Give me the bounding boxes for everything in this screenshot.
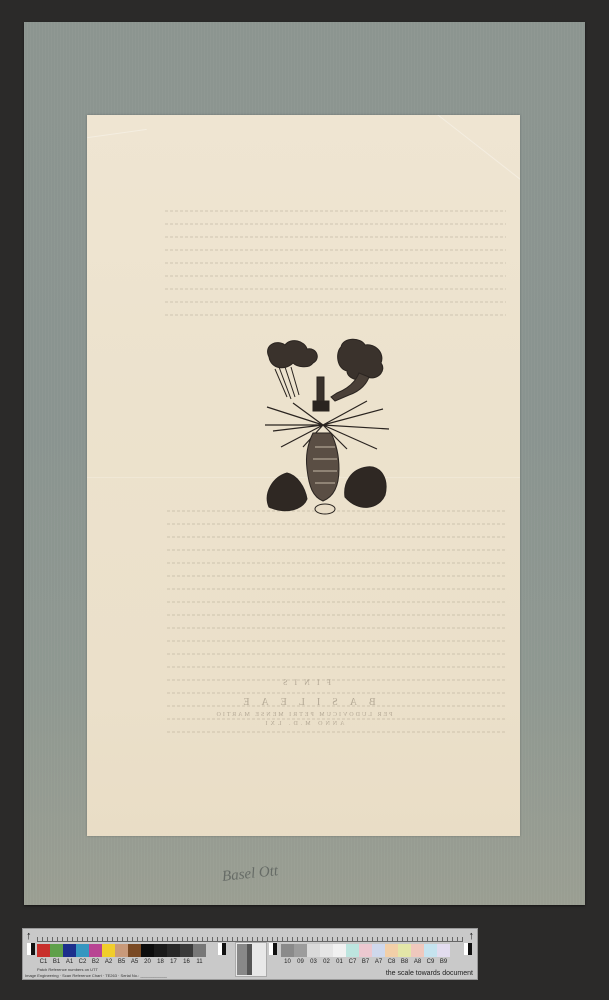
color-patch-02 [320, 944, 333, 957]
patch-label: 11 [193, 959, 206, 965]
color-patch-b5 [115, 944, 128, 957]
chart-footer-right: the scale towards document [386, 970, 473, 977]
patch-label: B9 [437, 959, 450, 965]
color-patch-16 [180, 944, 193, 957]
color-patch-17 [167, 944, 180, 957]
patch-label: A2 [102, 959, 115, 965]
woodcut-printers-device [263, 337, 391, 523]
patch-label: 02 [320, 959, 333, 965]
color-patch-a2 [102, 944, 115, 957]
show-through-text-block-bottom [167, 510, 506, 744]
grey-step-strip [235, 942, 267, 977]
patch-label: B7 [359, 959, 372, 965]
patch-label: 10 [281, 959, 294, 965]
color-patch-a1 [63, 944, 76, 957]
patch-label: A7 [372, 959, 385, 965]
color-patch-a5 [128, 944, 141, 957]
show-through-printer: PER LUDOVICUM PETRI MENSE MARTIO [87, 712, 520, 718]
color-patch-a7 [372, 944, 385, 957]
patch-label: A1 [63, 959, 76, 965]
color-reference-chart: ↑ ↑ C1B1A1C2B2A2B5A52018171611 100903020… [22, 928, 478, 980]
patch-labels-left: C1B1A1C2B2A2B5A52018171611 [37, 959, 206, 965]
patch-label: 09 [294, 959, 307, 965]
color-patch-09 [294, 944, 307, 957]
patch-label: C1 [37, 959, 50, 965]
printed-leaf: FINIS BASILEAE PER LUDOVICUM PETRI MENSE… [87, 115, 520, 836]
inch-scale [37, 932, 463, 942]
patch-label: C7 [346, 959, 359, 965]
paper-crease [429, 115, 520, 183]
patch-label: 20 [141, 959, 154, 965]
color-patch-b2 [89, 944, 102, 957]
patch-label: B5 [115, 959, 128, 965]
color-patch-18 [154, 944, 167, 957]
patch-label: C2 [76, 959, 89, 965]
patch-label: 03 [307, 959, 320, 965]
color-patch-03 [307, 944, 320, 957]
patch-label: 18 [154, 959, 167, 965]
show-through-place: BASILEAE [87, 697, 520, 708]
patch-label: B1 [50, 959, 63, 965]
color-patch-11 [193, 944, 206, 957]
color-patch-01 [333, 944, 346, 957]
color-patch-c7 [346, 944, 359, 957]
patch-label: A5 [128, 959, 141, 965]
checker-target-icon [218, 943, 226, 955]
checker-target-icon [464, 943, 472, 955]
paper-crease [87, 129, 147, 138]
checker-target-icon [269, 943, 277, 955]
patch-label: 16 [180, 959, 193, 965]
show-through-finis: FINIS [87, 678, 520, 687]
patch-label: B8 [398, 959, 411, 965]
color-patch-c1 [37, 944, 50, 957]
patch-label: C9 [424, 959, 437, 965]
patch-labels-right: 1009030201C7B7A7C8B8A8C9B9 [281, 959, 450, 965]
patch-label: 01 [333, 959, 346, 965]
color-patch-c9 [424, 944, 437, 957]
patch-label: B2 [89, 959, 102, 965]
color-patch-b1 [50, 944, 63, 957]
color-patch-b7 [359, 944, 372, 957]
patch-label: A8 [411, 959, 424, 965]
color-patch-10 [281, 944, 294, 957]
show-through-text-block-top [165, 210, 506, 327]
color-patches-right [281, 944, 450, 957]
color-patch-b8 [398, 944, 411, 957]
checker-target-icon [27, 943, 35, 955]
chart-footer-left: Image Engineering · Scan Reference Chart… [25, 973, 167, 978]
patch-label: C8 [385, 959, 398, 965]
color-patch-a8 [411, 944, 424, 957]
patch-label: 17 [167, 959, 180, 965]
patch-note: Patch Reference numbers on UTT [37, 967, 98, 972]
color-patch-b9 [437, 944, 450, 957]
color-patch-20 [141, 944, 154, 957]
show-through-date: ANNO M.D. LXI [87, 721, 520, 727]
color-patch-c2 [76, 944, 89, 957]
arrow-up-icon: ↑ [469, 930, 475, 942]
color-patch-c8 [385, 944, 398, 957]
arrow-up-icon: ↑ [26, 930, 32, 942]
color-patches-left [37, 944, 206, 957]
